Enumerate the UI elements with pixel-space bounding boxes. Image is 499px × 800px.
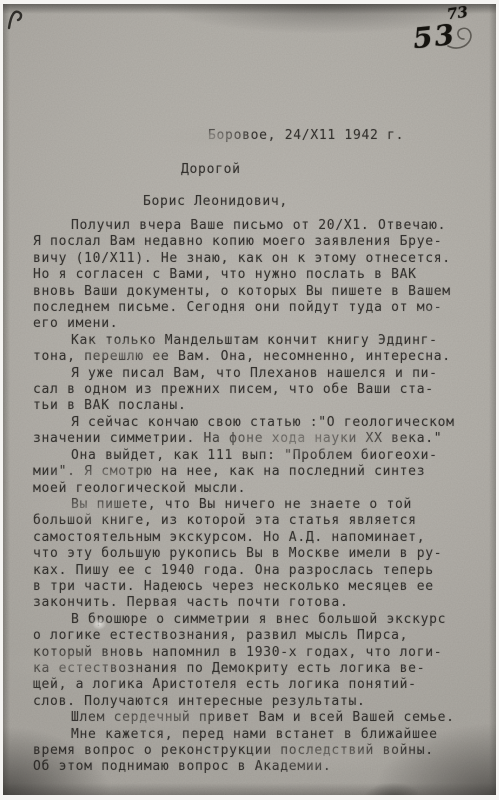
letter-line: Об этом поднимаю вопрос в Академии. — [33, 759, 482, 775]
scanned-letter-screenshot: { "scan": { "paper_color": "#b4b1ab", "i… — [0, 0, 499, 800]
letter-line: Мне кажется, перед нами встанет в ближай… — [33, 727, 482, 743]
letter-line: о логике естествознания, развил мысль Пи… — [33, 628, 482, 644]
letter-line: что эту большую рукопись Вы в Москве име… — [33, 546, 482, 562]
pen-flourish-icon — [446, 22, 480, 52]
letter-line: значении симметрии. На фоне хода науки Х… — [33, 431, 482, 447]
letter-paragraph: Я уже писал Вам, что Плеханов нашелся и … — [33, 366, 482, 415]
letter-paragraph: Шлем сердечный привет Вам и всей Вашей с… — [33, 710, 482, 726]
letter-line: который вновь напомнил в 1930-х годах, ч… — [33, 645, 482, 661]
letter-line: в три части. Надеюсь через несколько мес… — [33, 579, 482, 595]
letter-paragraph: Как только Мандельштам кончит книгу Эдди… — [33, 333, 482, 366]
letter-line: сал в одном из прежних писем, что обе Ва… — [33, 382, 482, 398]
letter-line: ка естествознания по Демокриту есть логи… — [33, 661, 482, 677]
letter-line: слов. Получаются интересные результаты. — [33, 694, 482, 710]
scan-page: 73 53 Боровое, 24/Х11 1942 г. Дорогой Бо… — [3, 4, 496, 795]
letter-paragraph: Мне кажется, перед нами встанет в ближай… — [33, 727, 482, 776]
ink-mark-icon — [6, 6, 28, 32]
salutation-line1: Дорогой — [181, 162, 241, 178]
letter-paragraph: Получил вчера Ваше письмо от 20/Х1. Отве… — [33, 218, 482, 333]
letter-paragraphs: Получил вчера Ваше письмо от 20/Х1. Отве… — [33, 218, 482, 776]
letter-line: Она выйдет, как 111 вып: "Проблем биогео… — [33, 448, 482, 464]
letter-line: Шлем сердечный привет Вам и всей Вашей с… — [33, 710, 482, 726]
letter-paragraph: Она выйдет, как 111 вып: "Проблем биогео… — [33, 448, 482, 497]
letter-line: Но я согласен с Вами, что нужно послать … — [33, 267, 482, 283]
letter-line: моей геологической мысли. — [33, 481, 482, 497]
letter-line: Я уже писал Вам, что Плеханов нашелся и … — [33, 366, 482, 382]
letter-line: большой книге, из которой эта статья явл… — [33, 513, 482, 529]
letter-line: Получил вчера Ваше письмо от 20/Х1. Отве… — [33, 218, 482, 234]
letter-line: Я сейчас кончаю свою статью :"О геологич… — [33, 415, 482, 431]
letter-line: Как только Мандельштам кончит книгу Эдди… — [33, 333, 482, 349]
letter-line: самостоятельным экскурсом. Но А.Д. напом… — [33, 530, 482, 546]
letter-line: Вы пишете, что Вы ничего не знаете о той — [33, 497, 482, 513]
letter-paragraph: Я сейчас кончаю свою статью :"О геологич… — [33, 415, 482, 448]
dateline: Боровое, 24/Х11 1942 г. — [208, 128, 404, 144]
letter-line: щей, а логика Аристотеля есть логика пон… — [33, 677, 482, 693]
letter-line: тьи в ВАК посланы. — [33, 398, 482, 414]
letter-line: вновь Ваши документы, о которых Вы пишет… — [33, 284, 482, 300]
letter-paragraph: Вы пишете, что Вы ничего не знаете о той… — [33, 497, 482, 612]
letter-paragraph: В брошюре о симметрии я внес большой экс… — [33, 612, 482, 710]
letter-line: мии". Я смотрю на нее, как на последний … — [33, 464, 482, 480]
letter-line: его имени. — [33, 316, 482, 332]
salutation-line2: Борис Леонидович, — [143, 194, 288, 210]
letter-line: тона, перешлю ее Вам. Она, несомненно, и… — [33, 349, 482, 365]
letter-line: последнем письме. Сегодня они пойдут туд… — [33, 300, 482, 316]
letter-line: В брошюре о симметрии я внес большой экс… — [33, 612, 482, 628]
letter-line: время вопрос о реконструкции последствий… — [33, 743, 482, 759]
letter-line: вичу (10/Х11). Не знаю, как он к этому о… — [33, 251, 482, 267]
letter-line: закончить. Первая часть почти готова. — [33, 595, 482, 611]
letter-line: ках. Пишу ее с 1940 года. Она разрослась… — [33, 563, 482, 579]
letter-line: Я послал Вам недавно копию моего заявлен… — [33, 234, 482, 250]
